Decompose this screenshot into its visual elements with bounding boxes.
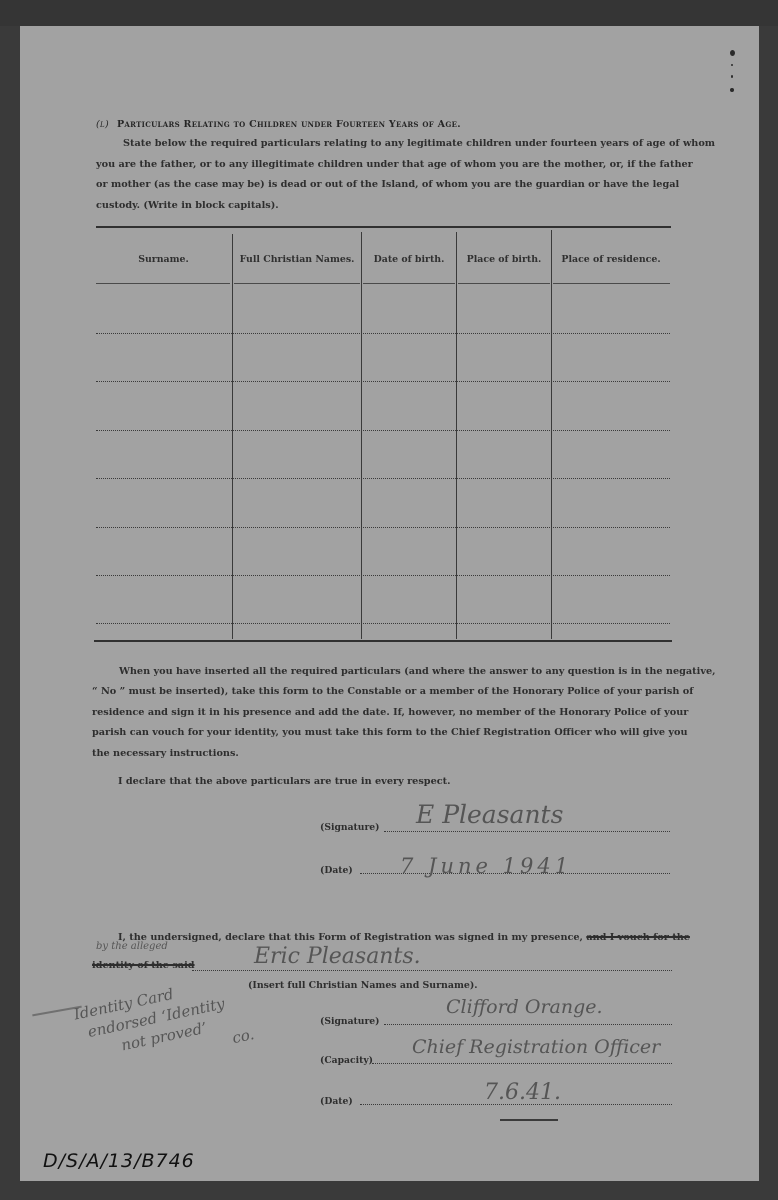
header-underline — [553, 283, 670, 284]
column-header-christian-names: Full Christian Names. — [233, 254, 361, 265]
header-underline — [96, 283, 230, 284]
capacity-line — [372, 1063, 672, 1064]
column-header-place-of-birth: Place of birth. — [457, 254, 551, 265]
column-header-surname: Surname. — [96, 254, 231, 265]
witness-signature: Clifford Orange. — [446, 996, 603, 1018]
table-row-line — [96, 527, 670, 528]
closing-line: When you have inserted all the required … — [92, 662, 692, 682]
table-top-rule — [96, 226, 671, 228]
witness-signature-line — [384, 1024, 672, 1025]
scan-frame-top — [0, 0, 778, 26]
instruction-line: you are the father, or to any illegitima… — [96, 155, 686, 176]
closing-line: “ No ” must be inserted), take this form… — [92, 682, 692, 702]
table-bottom-rule — [94, 640, 672, 642]
punch-mark — [730, 50, 735, 56]
handwritten-insert: by the alleged — [96, 941, 168, 952]
punch-mark — [731, 75, 733, 78]
section-heading: (l)Particulars Relating to Children unde… — [96, 120, 461, 130]
column-header-date-of-birth: Date of birth. — [362, 254, 456, 265]
witness-statement-text: I, the undersigned, declare that this Fo… — [118, 932, 583, 943]
column-divider — [551, 230, 552, 639]
section-label: (l) — [96, 119, 109, 130]
applicant-signature-label: (Signature) — [320, 822, 380, 833]
witness-name-line — [192, 970, 672, 971]
witness-date-label: (Date) — [320, 1096, 353, 1107]
instructions-paragraph: State below the required particulars rel… — [96, 134, 686, 216]
instruction-line: custody. (Write in block capitals). — [96, 196, 686, 217]
table-row-line — [96, 575, 670, 576]
applicant-signature-line — [384, 831, 670, 832]
column-header-place-of-residence: Place of residence. — [552, 254, 670, 265]
witness-date: 7.6.41. — [484, 1080, 561, 1105]
table-row-line — [96, 623, 670, 624]
applicant-date: 7 June 1941 — [400, 854, 572, 878]
table-row-line — [96, 478, 670, 479]
witness-signature-label: (Signature) — [320, 1016, 380, 1027]
column-divider — [232, 234, 233, 639]
applicant-date-label: (Date) — [320, 865, 353, 876]
punch-mark — [731, 64, 733, 66]
applicant-signature: E Pleasants — [416, 800, 563, 829]
closing-line: the necessary instructions. — [92, 744, 692, 764]
section-title: Particulars Relating to Children under F… — [117, 119, 461, 130]
struck-text: and I vouch for the — [586, 932, 690, 943]
punch-mark — [730, 88, 734, 92]
closing-instructions: When you have inserted all the required … — [92, 662, 692, 764]
name-hint: (Insert full Christian Names and Surname… — [248, 980, 478, 991]
column-divider — [456, 232, 457, 639]
column-divider — [361, 232, 362, 639]
header-underline — [458, 283, 550, 284]
header-underline — [363, 283, 455, 284]
header-underline — [234, 283, 360, 284]
closing-line: parish can vouch for your identity, you … — [92, 723, 692, 743]
table-row-line — [96, 381, 670, 382]
underline-stroke — [500, 1119, 558, 1121]
table-row-line — [96, 430, 670, 431]
declaration-text: I declare that the above particulars are… — [118, 772, 451, 793]
archive-reference-number: D/S/A/13/B746 — [43, 1150, 195, 1172]
witness-named-person: Eric Pleasants. — [254, 944, 421, 969]
capacity-label: (Capacity) — [320, 1055, 373, 1066]
capacity-value: Chief Registration Officer — [412, 1036, 660, 1058]
struck-text: identity of the said — [92, 960, 195, 972]
table-row-line — [96, 333, 670, 334]
instruction-line: State below the required particulars rel… — [96, 134, 686, 155]
instruction-line: or mother (as the case may be) is dead o… — [96, 175, 686, 196]
closing-line: residence and sign it in his presence an… — [92, 703, 692, 723]
